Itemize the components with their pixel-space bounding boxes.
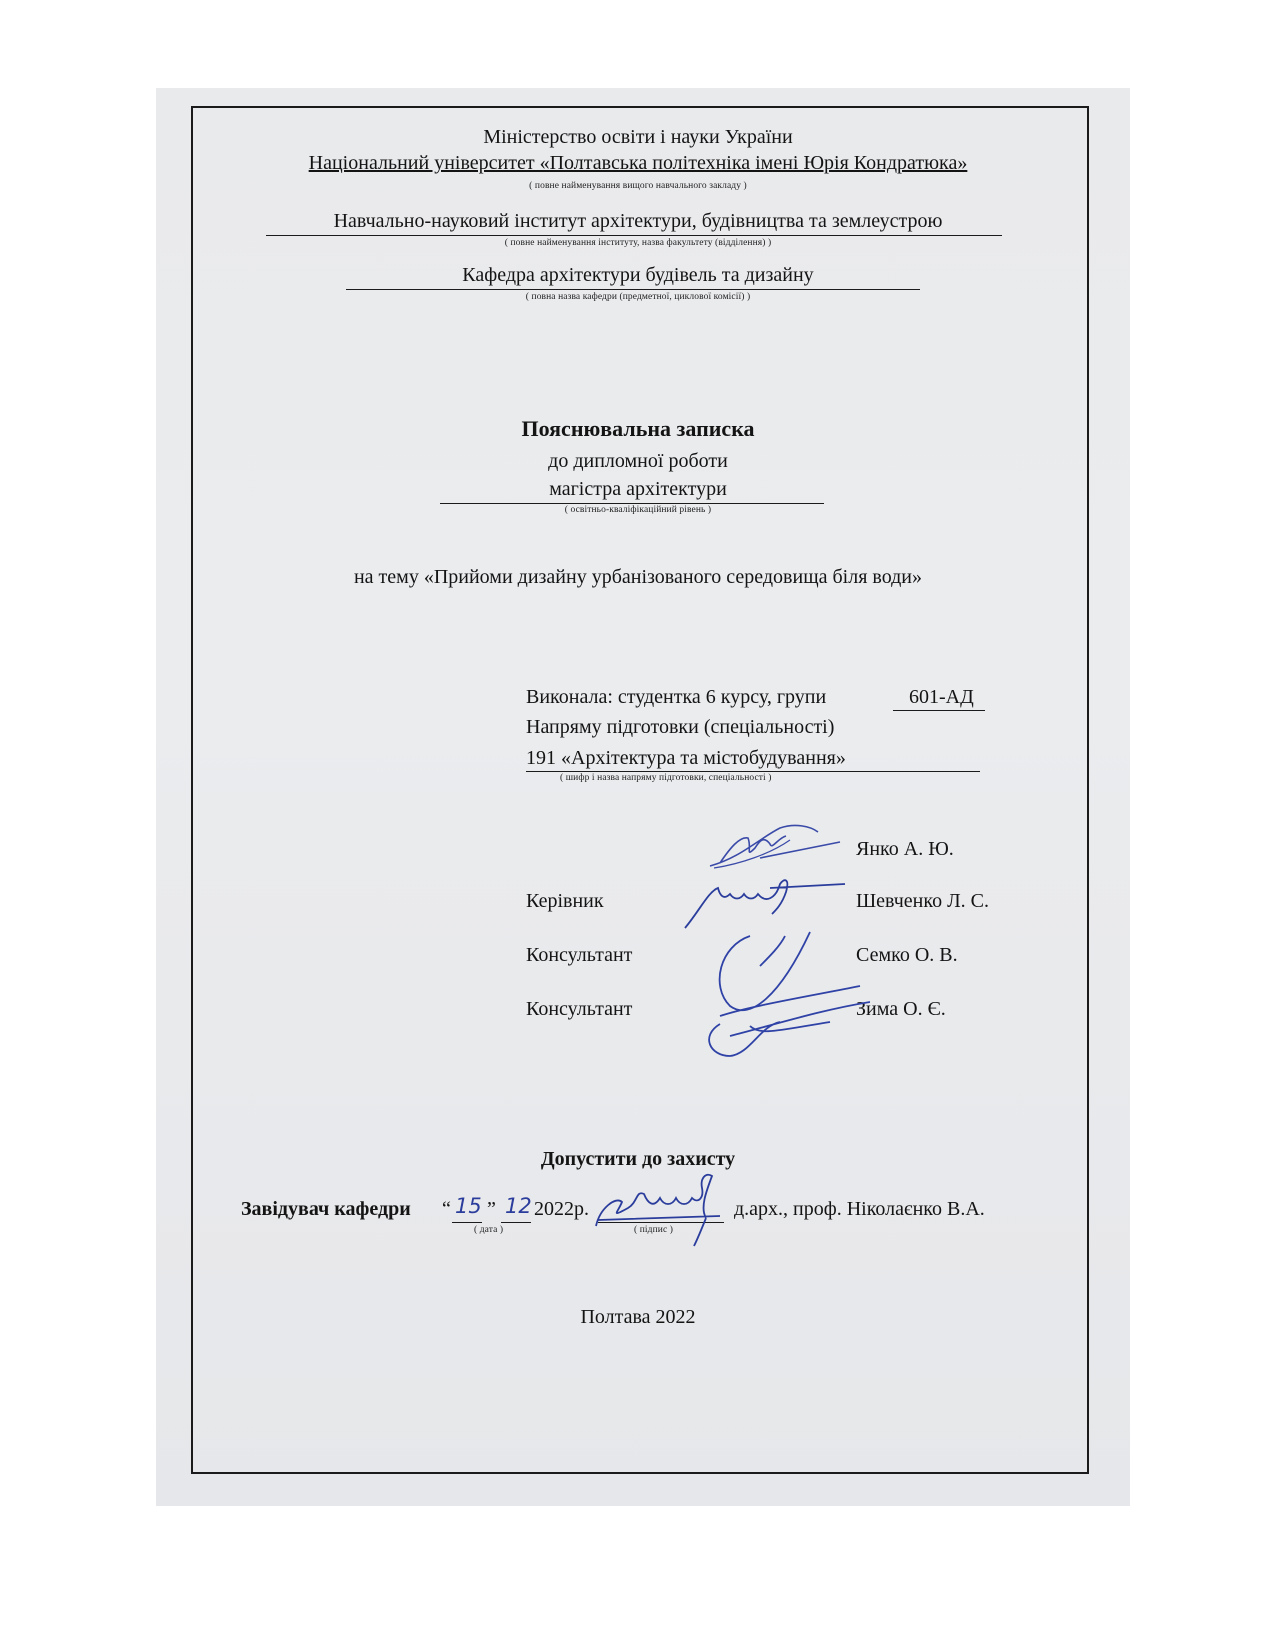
signatory-name-consultant-2: Зима О. Є. bbox=[856, 998, 946, 1021]
specialty-caption: ( шифр і назва напряму підготовки, спеці… bbox=[560, 773, 772, 783]
thesis-topic: на тему «Прийоми дизайну урбанізованого … bbox=[191, 566, 1085, 589]
degree-underline bbox=[440, 503, 824, 504]
specialty-name: 191 «Архітектура та містобудування» bbox=[526, 747, 846, 770]
signatory-role-supervisor: Керівник bbox=[526, 890, 604, 913]
approval-day: 15 bbox=[455, 1194, 482, 1218]
date-caption: ( дата ) bbox=[474, 1225, 503, 1235]
approval-month: 12 bbox=[505, 1194, 532, 1218]
month-underline bbox=[501, 1222, 531, 1223]
signature-underline bbox=[598, 1222, 724, 1223]
signatory-role-consultant-2: Консультант bbox=[526, 998, 632, 1021]
department-underline bbox=[346, 289, 920, 290]
institute-underline bbox=[266, 235, 1002, 236]
direction-label: Напряму підготовки (спеціальності) bbox=[526, 716, 834, 739]
document-title: Пояснювальна записка bbox=[191, 416, 1085, 442]
signature-caption: ( підпис ) bbox=[634, 1225, 673, 1235]
ministry-line: Міністерство освіти і науки України bbox=[191, 126, 1085, 149]
document-subtitle: до дипломної роботи bbox=[191, 450, 1085, 473]
signatory-name-author: Янко А. Ю. bbox=[856, 838, 954, 861]
page-border bbox=[191, 106, 1089, 1474]
department-name: Кафедра архітектури будівель та дизайну bbox=[191, 264, 1085, 287]
performed-by-label: Виконала: студентка 6 курсу, групи bbox=[526, 686, 826, 709]
head-of-department-label: Завідувач кафедри bbox=[241, 1198, 411, 1221]
institute-caption: ( повне найменування інституту, назва фа… bbox=[191, 238, 1085, 248]
approval-year: 2022р. bbox=[534, 1198, 589, 1221]
close-quote: ” bbox=[487, 1198, 496, 1221]
signatory-role-consultant-1: Консультант bbox=[526, 944, 632, 967]
degree-caption: ( освітньо-кваліфікаційний рівень ) bbox=[191, 505, 1085, 515]
group-number: 601-АД bbox=[909, 686, 974, 709]
open-quote: “ bbox=[442, 1198, 451, 1221]
city-year: Полтава 2022 bbox=[191, 1306, 1085, 1329]
signatory-name-supervisor: Шевченко Л. С. bbox=[856, 890, 989, 913]
approval-heading: Допустити до захисту bbox=[191, 1148, 1085, 1171]
university-name: Національний університет «Полтавська пол… bbox=[191, 152, 1085, 175]
group-underline bbox=[893, 710, 985, 711]
specialty-underline bbox=[526, 771, 980, 772]
institute-name: Навчально-науковий інститут архітектури,… bbox=[191, 210, 1085, 233]
degree-level: магістра архітектури bbox=[191, 478, 1085, 501]
day-underline bbox=[452, 1222, 482, 1223]
university-caption: ( повне найменування вищого навчального … bbox=[191, 181, 1085, 191]
head-of-department-name: д.арх., проф. Ніколаєнко В.А. bbox=[734, 1198, 985, 1221]
signatory-name-consultant-1: Семко О. В. bbox=[856, 944, 958, 967]
department-caption: ( повна назва кафедри (предметної, цикло… bbox=[191, 292, 1085, 302]
